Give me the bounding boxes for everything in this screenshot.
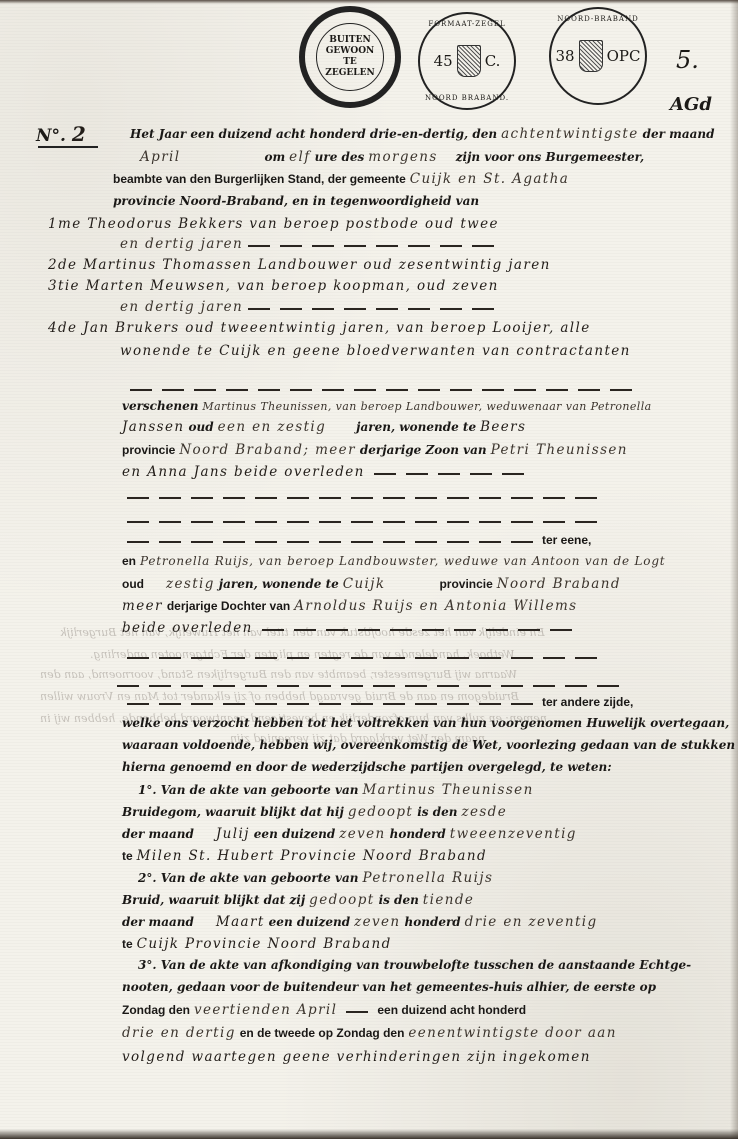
bride-line-4: beide overleden [122,620,577,636]
divider [38,146,98,148]
printed-text: oud [122,577,144,591]
fill-dashes-row [112,676,624,692]
handwritten-text: Petronella Ruijs [362,870,493,886]
handwritten-text: drie en dertig [122,1025,236,1041]
fill-dashes-row [125,380,637,396]
printed-text: ter eene, [542,533,591,547]
printed-text: honderd [390,827,446,841]
handwritten-text: zesde [461,804,507,820]
handwritten-text: 2de Martinus Thomassen Landbouwer oud ze… [48,257,551,273]
page-edge-top [0,0,738,4]
item-2-line-4: te Cuijk Provincie Noord Braband [122,936,392,952]
handwritten-text: zeven [354,914,400,930]
item-1-line-4: te Milen St. Hubert Provincie Noord Brab… [122,848,487,864]
tax-stamp-noord-brabant: NOORD-BRABAND 38 OPC [549,7,647,105]
handwritten-time-of-day: morgens [368,149,437,165]
fill-dashes [125,381,637,396]
printed-text: der maand [643,127,715,141]
printed-text: 1°. Van de akte van geboorte van [138,783,358,797]
item-1-line-1: 1°. Van de akte van geboorte van Martinu… [138,782,534,798]
stamp-bottom-text: NOORD BRABAND. [425,94,509,102]
handwritten-parents: Petri Theunissen [491,442,628,458]
handwritten-text: beide overleden [122,620,253,636]
fill-dashes-row [122,488,602,504]
printed-text: een duizend [269,915,350,929]
handwritten-text: en dertig jaren [120,236,243,252]
fill-dashes [243,300,499,315]
handwritten-text: tiende [423,892,474,908]
folio-number: 5. [676,46,699,74]
handwritten-text: eenentwintigste door aan [408,1025,616,1041]
handwritten-text: en Anna Jans beide overleden [122,464,365,480]
intro-line-1: Het Jaar een duizend acht honderd drie-e… [130,126,714,142]
tax-stamp-formaat-zegel: FORMAAT-ZEGEL 45 C. NOORD BRABAND. [418,12,516,110]
record-number: N°. 2 [36,122,87,146]
stamp-text: BUITEN [317,35,383,46]
fill-dashes [243,237,499,252]
document-page: En eindelijk van het zesde hoofdstuk van… [0,0,738,1139]
fill-dashes [112,677,624,692]
handwritten-municipality: Cuijk en St. Agatha [410,171,569,187]
stamp-text: GEWOON [317,46,383,57]
printed-text: der maand [122,827,194,841]
printed-text: en de tweede op Zondag den [240,1026,405,1040]
fill-dashes [122,489,602,504]
printed-text: provincie Noord-Braband, en in tegenwoor… [113,194,479,208]
intro-line-2: April om elf ure des morgens zijn voor o… [140,149,644,165]
printed-text: ter andere zijde, [542,695,633,709]
printed-text: der maand [122,915,194,929]
stamp-right-value: OPC [607,47,641,65]
printed-text: Bruid, waaruit blijkt dat zij [122,893,305,907]
handwritten-residence: Beers [480,419,526,435]
printed-text: Bruidegom, waaruit blijkt dat hij [122,805,344,819]
printed-text: ure des [315,150,365,164]
crest-icon [457,45,481,77]
witness-2: 2de Martinus Thomassen Landbouwer oud ze… [48,257,551,273]
fill-dashes [122,695,538,710]
witness-4-cont: wonende te Cuijk en geene bloedverwanten… [120,343,631,359]
printed-text: te [122,937,133,951]
item-1-line-3: der maand Julij een duizend zeven honder… [122,826,577,842]
printed-text: zijn voor ons Burgemeester, [456,150,645,164]
ter-eene-row: ter eene, [122,532,591,548]
item-3-line-1: 3°. Van de akte van afkondiging van trou… [138,958,691,972]
handwritten-text: meer [122,598,163,614]
handwritten-month: April [140,149,180,165]
handwritten-text: wonende te Cuijk en geene bloedverwanten… [120,343,631,359]
tax-stamp-buiten-gewoon: BUITEN GEWOON TE ZEGELEN [299,6,401,108]
handwritten-hour: elf [289,149,311,165]
handwritten-text: zeven [339,826,385,842]
handwritten-text: Janssen [122,419,185,435]
item-1-line-2: Bruidegom, waaruit blijkt dat hij gedoop… [122,804,507,820]
handwritten-text: 4de Jan Brukers oud tweeentwintig jaren,… [48,320,591,336]
printed-text: te [122,849,133,863]
handwritten-age: een en zestig [218,419,327,435]
paragraph-line: welke ons verzocht hebben tot het voltre… [122,716,729,730]
handwritten-text: tweeenzeventig [450,826,577,842]
handwritten-text: Milen St. Hubert Provincie Noord Braband [137,848,487,864]
handwritten-text: 3tie Marten Meuwsen, van beroep koopman,… [48,278,499,294]
groom-line-3: provincie Noord Braband; meer derjarige … [122,442,628,458]
handwritten-text: Noord Braband; meer [179,442,356,458]
handwritten-bride: Petronella Ruijs, van beroep Landbouwste… [140,554,665,568]
ter-andere-row: ter andere zijde, [122,694,633,710]
intro-line-4: provincie Noord-Braband, en in tegenwoor… [113,193,479,208]
bride-line-3: meer derjarige Dochter van Arnoldus Ruij… [122,598,578,614]
printed-text: is den [379,893,419,907]
printed-text: derjarige Zoon van [360,443,487,457]
stamp-text: TE [317,57,383,68]
printed-text: Het Jaar een duizend acht honderd drie-e… [130,127,497,141]
witness-4: 4de Jan Brukers oud tweeentwintig jaren,… [48,320,591,336]
handwritten-groom: Martinus Theunissen, van beroep Landbouw… [202,400,651,413]
fill-dashes-row [122,648,602,664]
handwritten-text: gedoopt [309,892,374,908]
handwritten-parents: Arnoldus Ruijs en Antonia Willems [294,598,577,614]
printed-text: Zondag den [122,1003,190,1017]
printed-text: een duizend [254,827,335,841]
stamp-right-value: C. [485,52,501,70]
witness-1-cont: en dertig jaren [120,236,499,252]
fill-dashes [122,513,602,528]
printed-text: jaren, wonende te [219,577,339,591]
printed-text: provincie [122,443,175,457]
handwritten-text: veertienden April [194,1002,337,1018]
item-2-line-2: Bruid, waaruit blijkt dat zij gedoopt is… [122,892,474,908]
printed-text: verschenen [122,399,198,413]
item-2-line-1: 2°. Van de akte van geboorte van Petrone… [138,870,493,886]
item-3-line-3: Zondag den veertienden April een duizend… [122,1002,526,1018]
handwritten-text: Maart [216,914,265,930]
stamp-value: 45 C. [434,45,501,77]
fill-dashes [257,621,577,636]
page-edge-bottom [0,1129,738,1139]
printed-text: en [122,554,136,568]
stamp-value: 38 OPC [556,40,641,72]
bride-line-2: oud zestig jaren, wonende te Cuijk provi… [122,576,621,592]
item-2-line-3: der maand Maart een duizend zeven honder… [122,914,598,930]
witness-1: 1me Theodorus Bekkers van beroep postbod… [48,216,499,232]
groom-line-4: en Anna Jans beide overleden [122,464,529,480]
handwritten-age: zestig [166,576,215,592]
handwritten-text: drie en zeventig [465,914,598,930]
printed-text: jaren, wonende te [356,420,476,434]
handwritten-day: achtentwintigste [501,126,639,142]
stamp-center: BUITEN GEWOON TE ZEGELEN [316,23,384,91]
paragraph-line: hierna genoemd en door de wederzijdsche … [122,760,612,774]
printed-text: 2°. Van de akte van geboorte van [138,871,358,885]
handwritten-text: Cuijk Provincie Noord Braband [137,936,392,952]
handwritten-province: Noord Braband [497,576,621,592]
item-3-line-5: volgend waartegen geene verhinderingen z… [122,1049,591,1065]
paragraph-line: waaraan voldoende, hebben wij, overeenko… [122,738,735,752]
handwritten-text: Julij [216,826,250,842]
record-number-value: 2 [72,122,87,146]
handwritten-text: volgend waartegen geene verhinderingen z… [122,1049,591,1065]
groom-line-1: verschenen Martinus Theunissen, van bero… [122,398,652,413]
printed-text: is den [417,805,457,819]
record-number-label: N°. [36,126,66,146]
fill-dashes-row [122,512,602,528]
printed-text: provincie [439,577,492,591]
handwritten-text: 1me Theodorus Bekkers van beroep postbod… [48,216,499,232]
groom-line-2: Janssen oud een en zestig jaren, wonende… [122,419,526,435]
stamp-text: ZEGELEN [317,68,383,79]
fill-dashes [122,533,538,548]
stamp-top-text: FORMAAT-ZEGEL [428,20,505,28]
page-edge-right [730,0,738,1139]
fill-dashes [122,649,602,664]
handwritten-text: en dertig jaren [120,299,243,315]
handwritten-text: Martinus Theunissen [362,782,533,798]
stamp-top-text: NOORD-BRABAND [557,15,638,23]
printed-text: een duizend acht honderd [377,1003,526,1017]
printed-text: derjarige Dochter van [167,599,290,613]
crest-icon [579,40,603,72]
stamp-left-value: 45 [434,52,453,70]
intro-line-3: beambte van den Burgerlijken Stand, der … [113,171,569,187]
bride-line-1: en Petronella Ruijs, van beroep Landbouw… [122,553,665,568]
fill-dashes [369,465,529,480]
printed-text: honderd [404,915,460,929]
printed-text: oud [188,420,213,434]
corner-initials: AGd [670,94,712,115]
handwritten-residence: Cuijk [343,576,386,592]
printed-text: om [264,150,285,164]
item-3-line-2: nooten, gedaan voor de buitendeur van he… [122,980,656,994]
stamp-left-value: 38 [556,47,575,65]
witness-3: 3tie Marten Meuwsen, van beroep koopman,… [48,278,499,294]
handwritten-text: gedoopt [348,804,413,820]
fill-dashes [341,1003,373,1018]
witness-3-cont: en dertig jaren [120,299,499,315]
printed-text: beambte van den Burgerlijken Stand, der … [113,172,406,186]
item-3-line-4: drie en dertig en de tweede op Zondag de… [122,1025,617,1041]
